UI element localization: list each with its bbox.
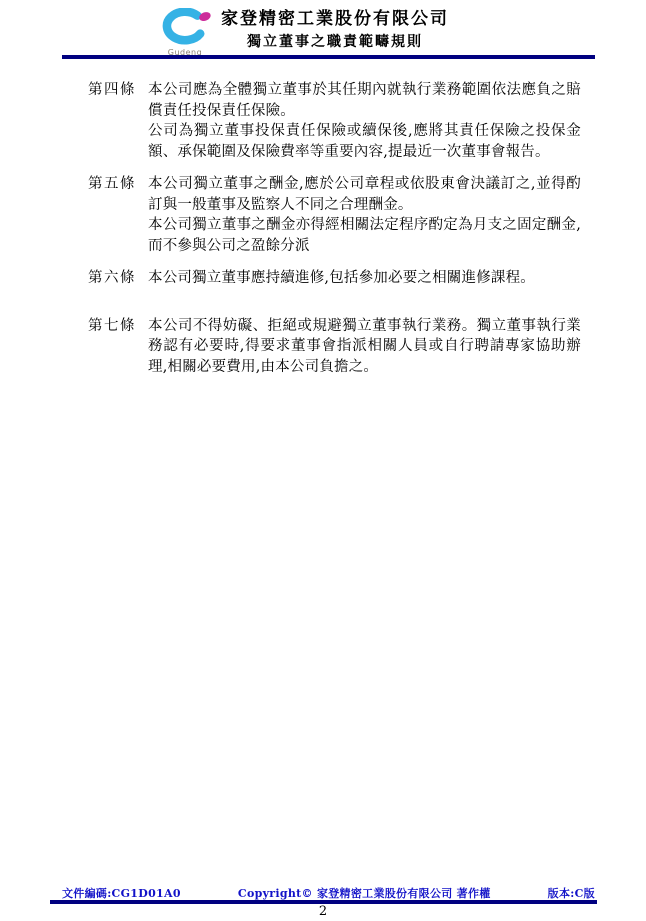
- page-number: 2: [0, 904, 646, 919]
- article-7: 第七條 本公司不得妨礙、拒絕或規避獨立董事執行業務。獨立董事執行業務認有必要時,…: [88, 316, 583, 378]
- article-5: 第五條 本公司獨立董事之酬金,應於公司章程或依股東會決議訂之,並得酌訂與一般董事…: [88, 174, 583, 256]
- article-text: 本公司獨立董事之酬金,應於公司章程或依股東會決議訂之,並得酌訂與一般董事及監察人…: [148, 174, 581, 256]
- article-label: 第六條: [88, 268, 148, 289]
- article-paragraph: 本公司獨立董事之酬金亦得經相關法定程序酌定為月支之固定酬金,而不參與公司之盈餘分…: [148, 215, 581, 256]
- article-label: 第四條: [88, 80, 148, 162]
- company-name: 家登精密工業股份有限公司: [24, 8, 646, 30]
- footer: 文件編碼:CG1D01A0 Copyright© 家登精密工業股份有限公司 著作…: [62, 885, 595, 901]
- footer-version: 版本:C版: [548, 885, 595, 901]
- document-body: 第四條 本公司應為全體獨立董事於其任期內就執行業務範圍依法應負之賠償責任投保責任…: [88, 80, 583, 389]
- article-4: 第四條 本公司應為全體獨立董事於其任期內就執行業務範圍依法應負之賠償責任投保責任…: [88, 80, 583, 162]
- header-titles: 家登精密工業股份有限公司 獨立董事之職責範疇規則: [0, 8, 646, 52]
- header-rule-divider: [62, 55, 595, 59]
- article-text: 本公司獨立董事應持續進修,包括參加必要之相關進修課程。: [148, 268, 581, 289]
- article-6: 第六條 本公司獨立董事應持續進修,包括參加必要之相關進修課程。: [88, 268, 583, 289]
- article-paragraph: 本公司獨立董事之酬金,應於公司章程或依股東會決議訂之,並得酌訂與一般董事及監察人…: [148, 174, 581, 215]
- article-label: 第五條: [88, 174, 148, 256]
- article-text: 本公司應為全體獨立董事於其任期內就執行業務範圍依法應負之賠償責任投保責任保險。 …: [148, 80, 581, 162]
- article-paragraph: 公司為獨立董事投保責任保險或續保後,應將其責任保險之投保金額、承保範圍及保險費率…: [148, 121, 581, 162]
- article-paragraph: 本公司不得妨礙、拒絕或規避獨立董事執行業務。獨立董事執行業務認有必要時,得要求董…: [148, 316, 581, 378]
- footer-copyright: Copyright© 家登精密工業股份有限公司 著作權: [238, 885, 491, 901]
- article-text: 本公司不得妨礙、拒絕或規避獨立董事執行業務。獨立董事執行業務認有必要時,得要求董…: [148, 316, 581, 378]
- article-label: 第七條: [88, 316, 148, 378]
- article-paragraph: 本公司獨立董事應持續進修,包括參加必要之相關進修課程。: [148, 268, 581, 289]
- footer-doc-code: 文件編碼:CG1D01A0: [62, 885, 181, 901]
- document-page: Gudeng 家登精密工業股份有限公司 獨立董事之職責範疇規則 第四條 本公司應…: [0, 0, 646, 921]
- document-title: 獨立董事之職責範疇規則: [24, 32, 646, 52]
- article-paragraph: 本公司應為全體獨立董事於其任期內就執行業務範圍依法應負之賠償責任投保責任保險。: [148, 80, 581, 121]
